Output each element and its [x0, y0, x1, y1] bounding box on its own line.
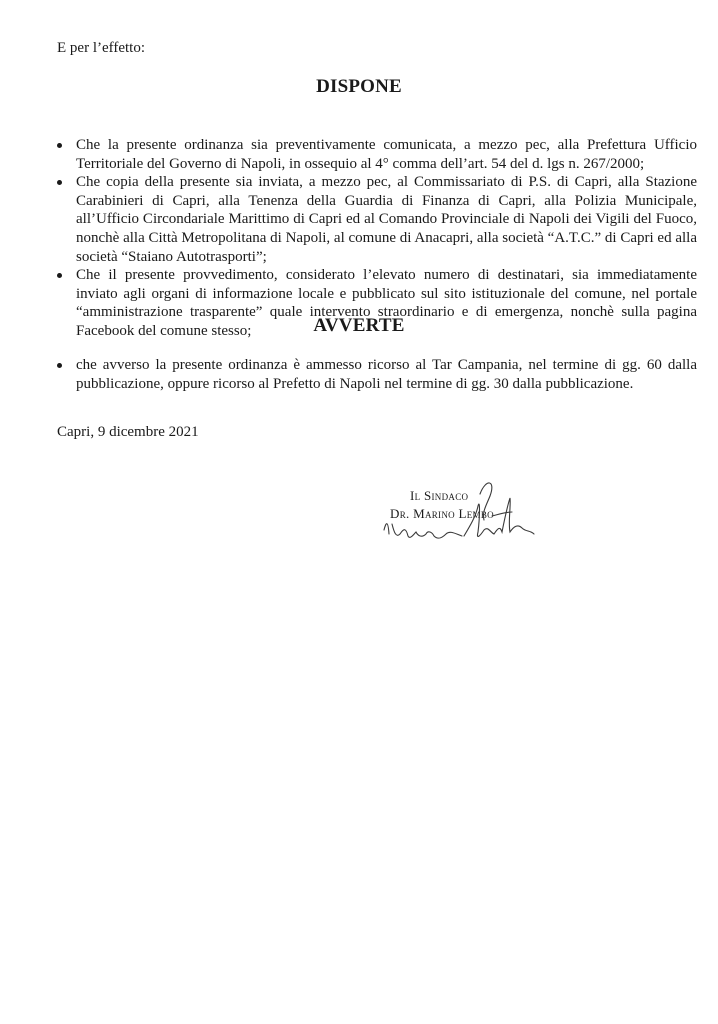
- section-heading-avverte: AVVERTE: [0, 315, 718, 337]
- list-item: che avverso la presente ordinanza è amme…: [57, 356, 697, 393]
- section-heading-dispone: DISPONE: [0, 76, 718, 98]
- dispone-list: Che la presente ordinanza sia preventiva…: [57, 136, 697, 341]
- avverte-list: che avverso la presente ordinanza è amme…: [57, 356, 697, 393]
- document-page: E per l’effetto: DISPONE Che la presente…: [0, 0, 718, 1024]
- signature-block: Il Sindaco Dr. Marino Lembo: [390, 484, 570, 564]
- list-item: Che la presente ordinanza sia preventiva…: [57, 136, 697, 173]
- section-heading-avverte-text: AVVERTE: [313, 315, 404, 336]
- bullet-icon: [57, 363, 62, 368]
- place-date: Capri, 9 dicembre 2021: [57, 424, 199, 441]
- bullet-icon: [57, 180, 62, 185]
- list-item-text: Che copia della presente sia inviata, a …: [76, 174, 697, 264]
- list-item-text: che avverso la presente ordinanza è amme…: [76, 357, 697, 392]
- bullet-icon: [57, 143, 62, 148]
- intro-text: E per l’effetto:: [57, 40, 145, 57]
- bullet-icon: [57, 273, 62, 278]
- handwritten-signature-icon: [380, 476, 560, 566]
- list-item: Che copia della presente sia inviata, a …: [57, 173, 697, 266]
- list-item-text: Che la presente ordinanza sia preventiva…: [76, 137, 697, 172]
